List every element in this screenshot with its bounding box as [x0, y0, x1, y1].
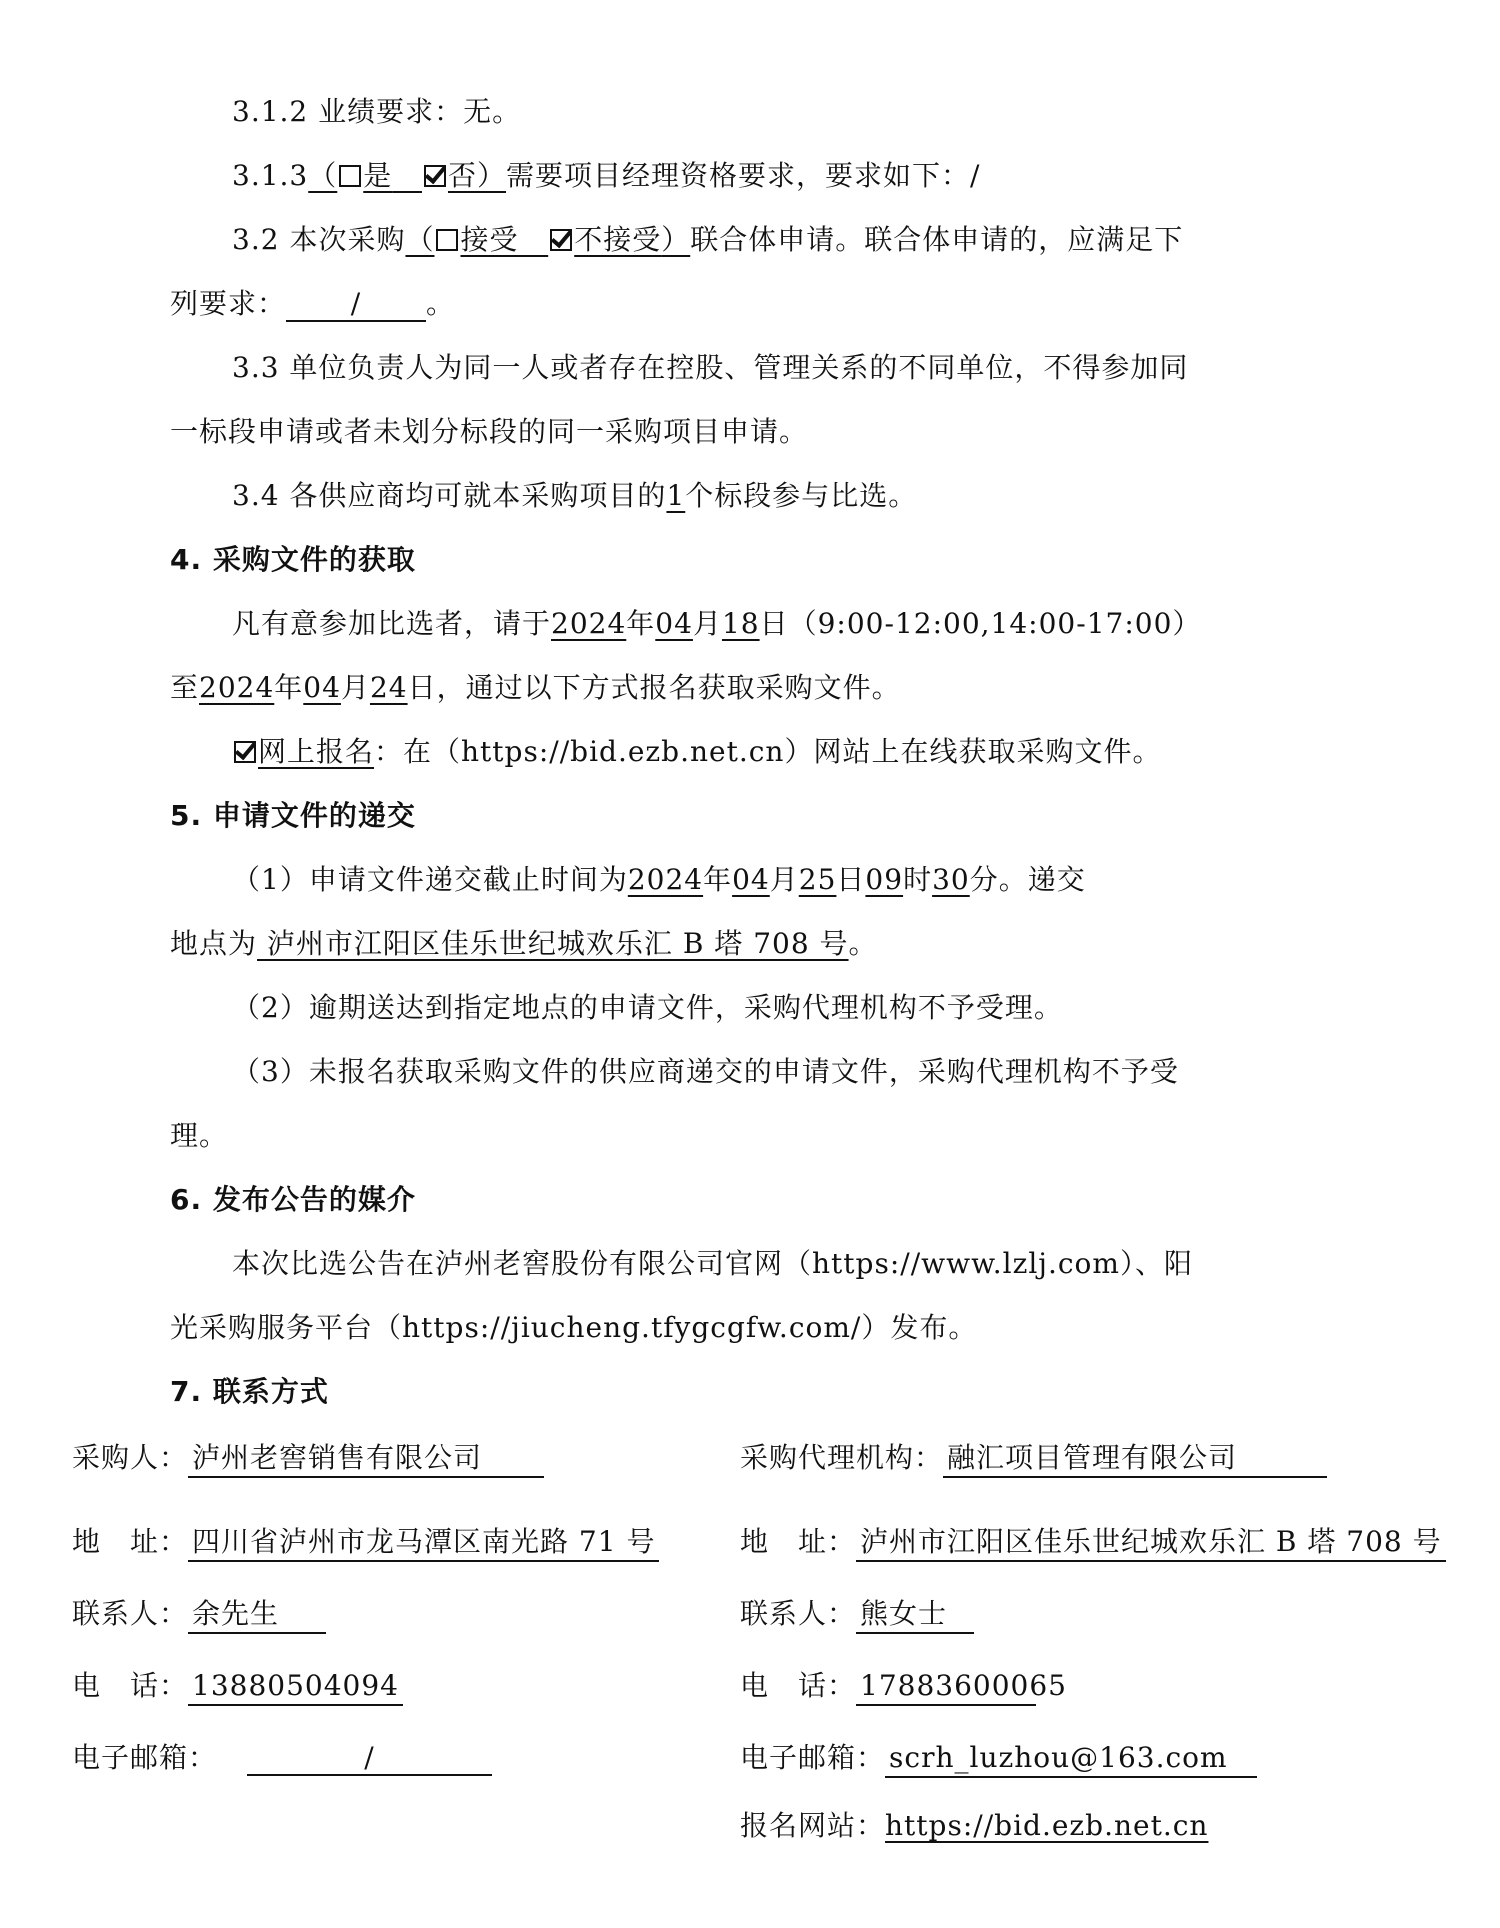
registration-period-line2: 至2024年04月24日，通过以下方式报名获取采购文件。: [170, 668, 901, 708]
purchaser-phone-label: 电 话：: [72, 1666, 188, 1706]
clause-text: 业绩要求：无。: [318, 95, 521, 128]
clause-suffix: 个标段参与比选。: [685, 479, 917, 512]
clause-text: 需要项目经理资格要求，要求如下：/: [506, 159, 980, 192]
clause-3-1-3: 3.1.3（是 否）需要项目经理资格要求，要求如下：/: [232, 156, 980, 196]
option-accept-label: 接受: [460, 223, 518, 256]
heading-section-6: 6. 发布公告的媒介: [170, 1180, 416, 1220]
online-registration: 网上报名：在（https://bid.ezb.net.cn）网站上在线获取采购文…: [232, 732, 1161, 772]
unit-year: 年: [703, 863, 732, 896]
end-month: 04: [303, 671, 341, 704]
deadline-prefix: （1）申请文件递交截止时间为: [232, 863, 628, 896]
agency-email[interactable]: scrh_luzhou@163.com: [885, 1740, 1257, 1778]
location-value: 泸州市江阳区佳乐世纪城欢乐汇 B 塔 708 号: [257, 927, 849, 960]
clause-number: 3.1.2: [232, 95, 308, 128]
agency-website-label: 报名网站：: [740, 1806, 885, 1846]
heading-section-4: 4. 采购文件的获取: [170, 540, 416, 580]
pm-qualification-options: （是 否）: [308, 159, 506, 192]
online-label: 网上报名: [258, 735, 374, 768]
agency-contact: 熊女士: [856, 1596, 974, 1634]
checkbox-online-checked-icon[interactable]: [234, 741, 256, 763]
heading-section-7: 7. 联系方式: [170, 1372, 329, 1412]
unit-day: 日: [760, 607, 789, 640]
purchaser-name-row: 采购人：泸州老窖销售有限公司: [72, 1438, 544, 1478]
purchaser-email-row: 电子邮箱：/: [72, 1738, 492, 1778]
end-year: 2024: [199, 671, 274, 704]
deadline-year: 2024: [628, 863, 703, 896]
checkbox-yes-icon[interactable]: [339, 165, 361, 187]
office-hours: （9:00-12:00,14:00-17:00）: [789, 607, 1202, 640]
requirements-label: 列要求：: [170, 287, 286, 320]
purchaser-address-label: 地 址：: [72, 1522, 188, 1562]
submission-deadline-line1: （1）申请文件递交截止时间为2024年04月25日09时30分。递交: [232, 860, 1086, 900]
submission-item-3-line2: 理。: [170, 1116, 228, 1156]
period: 。: [849, 927, 878, 960]
heading-section-5: 5. 申请文件的递交: [170, 796, 416, 836]
clause-number: 3.2: [232, 223, 280, 256]
checkbox-no-checked-icon[interactable]: [424, 165, 446, 187]
agency-email-row: 电子邮箱： scrh_luzhou@163.com: [740, 1738, 1257, 1778]
purchaser-email: /: [247, 1742, 492, 1776]
unit-day: 日: [836, 863, 865, 896]
media-line1: 本次比选公告在泸州老窖股份有限公司官网（https://www.lzlj.com…: [232, 1244, 1193, 1284]
registration-suffix: ，通过以下方式报名获取采购文件。: [437, 671, 901, 704]
agency-address-label: 地 址：: [740, 1522, 856, 1562]
agency-phone-label: 电 话：: [740, 1666, 856, 1706]
checkbox-accept-icon[interactable]: [436, 229, 458, 251]
unit-minute: 分: [970, 863, 999, 896]
deadline-month: 04: [732, 863, 770, 896]
agency-email-label: 电子邮箱：: [740, 1738, 885, 1778]
unit-year: 年: [626, 607, 655, 640]
clause-prefix: 3.4 各供应商均可就本采购项目的: [232, 479, 666, 512]
registration-period-line1: 凡有意参加比选者，请于2024年04月18日（9:00-12:00,14:00-…: [232, 604, 1201, 644]
purchaser-contact: 余先生: [188, 1596, 326, 1634]
unit-month: 月: [341, 671, 370, 704]
end-day: 24: [370, 671, 408, 704]
open-paren: （: [308, 159, 337, 192]
clause-text: 联合体申请。联合体申请的，应满足下: [690, 223, 1183, 256]
deadline-hour: 09: [865, 863, 903, 896]
start-day: 18: [722, 607, 760, 640]
purchaser-email-label: 电子邮箱：: [72, 1738, 217, 1778]
to-label: 至: [170, 671, 199, 704]
requirements-blank: /: [286, 288, 426, 322]
option-yes-label: 是: [363, 159, 392, 192]
purchaser-address: 四川省泸州市龙马潭区南光路 71 号: [188, 1524, 659, 1562]
registration-prefix: 凡有意参加比选者，请于: [232, 607, 551, 640]
location-label: 地点为: [170, 927, 257, 960]
purchaser-phone: 13880504094: [188, 1668, 403, 1706]
agency-address: 泸州市江阳区佳乐世纪城欢乐汇 B 塔 708 号: [856, 1524, 1446, 1562]
agency-website-link[interactable]: https://bid.ezb.net.cn: [885, 1809, 1208, 1842]
period: 。: [426, 287, 455, 320]
unit-month: 月: [770, 863, 799, 896]
option-no-label: 否: [448, 159, 477, 192]
unit-hour: 时: [903, 863, 932, 896]
agency-contact-row: 联系人： 熊女士: [740, 1594, 974, 1634]
unit-day: 日: [408, 671, 437, 704]
consortium-options: （接受 不接受）: [405, 223, 690, 256]
submission-item-2: （2）逾期送达到指定地点的申请文件，采购代理机构不予受理。: [232, 988, 1063, 1028]
option-reject-label: 不接受: [574, 223, 661, 256]
checkbox-reject-checked-icon[interactable]: [550, 229, 572, 251]
unit-year: 年: [274, 671, 303, 704]
purchaser-name: 泸州老窖销售有限公司: [188, 1440, 544, 1478]
online-registration-option: 网上报名: [232, 735, 374, 768]
agency-name-row: 采购代理机构： 融汇项目管理有限公司: [740, 1438, 1327, 1478]
clause-3-2: 3.2 本次采购（接受 不接受）联合体申请。联合体申请的，应满足下: [232, 220, 1183, 260]
close-paren: ）: [477, 159, 506, 192]
deadline-day: 25: [799, 863, 837, 896]
clause-prefix: 本次采购: [289, 223, 405, 256]
clause-3-2-line2: 列要求：/。: [170, 284, 455, 324]
deadline-minute: 30: [932, 863, 970, 896]
clause-number: 3.1.3: [232, 159, 308, 192]
online-text: ：在（https://bid.ezb.net.cn）网站上在线获取采购文件。: [374, 735, 1161, 768]
agency-contact-label: 联系人：: [740, 1594, 856, 1634]
open-paren: （: [405, 223, 434, 256]
unit-month: 月: [693, 607, 722, 640]
purchaser-name-label: 采购人：: [72, 1438, 188, 1478]
agency-phone-row: 电 话：17883600065: [740, 1666, 1036, 1706]
submission-location: 地点为 泸州市江阳区佳乐世纪城欢乐汇 B 塔 708 号。: [170, 924, 878, 964]
clause-3-3-line1: 3.3 单位负责人为同一人或者存在控股、管理关系的不同单位，不得参加同: [232, 348, 1188, 388]
purchaser-contact-label: 联系人：: [72, 1594, 188, 1634]
lot-count: 1: [666, 479, 685, 512]
start-month: 04: [655, 607, 693, 640]
agency-website-row: 报名网站：https://bid.ezb.net.cn: [740, 1806, 1208, 1846]
close-paren: ）: [661, 223, 690, 256]
agency-name-label: 采购代理机构：: [740, 1438, 943, 1478]
agency-name: 融汇项目管理有限公司: [943, 1440, 1327, 1478]
purchaser-contact-row: 联系人： 余先生: [72, 1594, 326, 1634]
submission-item-3-line1: （3）未报名获取采购文件的供应商递交的申请文件，采购代理机构不予受: [232, 1052, 1179, 1092]
clause-3-4: 3.4 各供应商均可就本采购项目的1个标段参与比选。: [232, 476, 917, 516]
clause-3-3-line2: 一标段申请或者未划分标段的同一采购项目申请。: [170, 412, 808, 452]
start-year: 2024: [551, 607, 626, 640]
deadline-suffix: 。递交: [999, 863, 1086, 896]
agency-phone: 17883600065: [856, 1668, 1036, 1706]
agency-address-row: 地 址：泸州市江阳区佳乐世纪城欢乐汇 B 塔 708 号: [740, 1522, 1446, 1562]
clause-3-1-2: 3.1.2 业绩要求：无。: [232, 92, 521, 132]
purchaser-address-row: 地 址： 四川省泸州市龙马潭区南光路 71 号: [72, 1522, 659, 1562]
purchaser-phone-row: 电 话：13880504094: [72, 1666, 403, 1706]
media-line2: 光采购服务平台（https://jiucheng.tfygcgfw.com/）发…: [170, 1308, 977, 1348]
